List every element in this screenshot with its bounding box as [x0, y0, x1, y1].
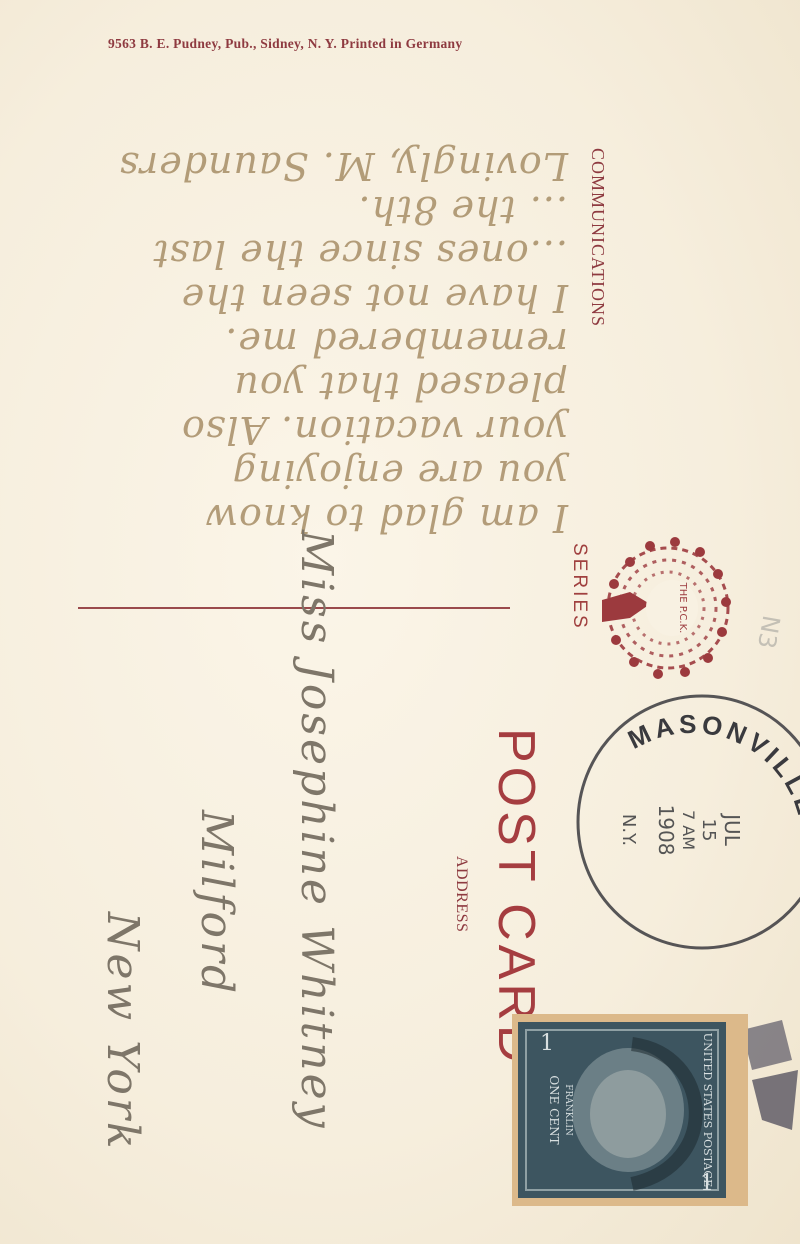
peacock-logo-icon: THE P.C.K.	[590, 522, 740, 697]
postage-stamp: UNITED STATES POSTAGE ONE CENT FRANKLIN …	[512, 1014, 748, 1206]
communications-label: COMMUNICATIONS	[587, 148, 608, 327]
svg-text:UNITED STATES POSTAGE: UNITED STATES POSTAGE	[701, 1033, 714, 1187]
message-line: Lovingly, M. Saunders	[6, 144, 586, 188]
postmark: MASONVILLE JUL 15 7 AM 1908 N.Y.	[574, 690, 800, 952]
svg-text:7 AM: 7 AM	[679, 810, 698, 850]
postcard-back: 9563 B. E. Pudney, Pub., Sidney, N. Y. P…	[0, 0, 800, 1244]
svg-text:N.Y.: N.Y.	[618, 814, 639, 846]
message-line: your vacation. Also	[6, 408, 586, 452]
message-line: you are enjoying	[6, 452, 586, 496]
message-line: pleased that you	[6, 364, 586, 408]
addressee-state: New York	[97, 912, 148, 1152]
addressee-city: Milford	[191, 810, 242, 996]
addressee-name: Miss Josephine Whitney	[291, 530, 342, 1131]
message-line: I have not seen the	[6, 276, 586, 320]
message-line: remembered me.	[6, 320, 586, 364]
svg-text:1908: 1908	[654, 805, 678, 856]
series-label: SERIES	[568, 543, 590, 631]
svg-text:JUL: JUL	[720, 812, 744, 847]
message-line: ... the 8th.	[6, 188, 586, 232]
message-line: ...ones since the last	[6, 232, 586, 276]
svg-text:1: 1	[540, 1031, 554, 1056]
svg-text:THE P.C.K.: THE P.C.K.	[677, 582, 688, 634]
pencil-note: N3	[752, 613, 785, 651]
handwritten-message: I am glad to know you are enjoying your …	[6, 0, 586, 540]
svg-text:FRANKLIN: FRANKLIN	[563, 1084, 573, 1136]
svg-text:ONE CENT: ONE CENT	[547, 1075, 561, 1144]
svg-text:MASONVILLE: MASONVILLE	[623, 709, 800, 822]
svg-text:15: 15	[698, 819, 719, 842]
address-label: ADDRESS	[452, 856, 470, 932]
svg-text:1: 1	[700, 1171, 714, 1196]
